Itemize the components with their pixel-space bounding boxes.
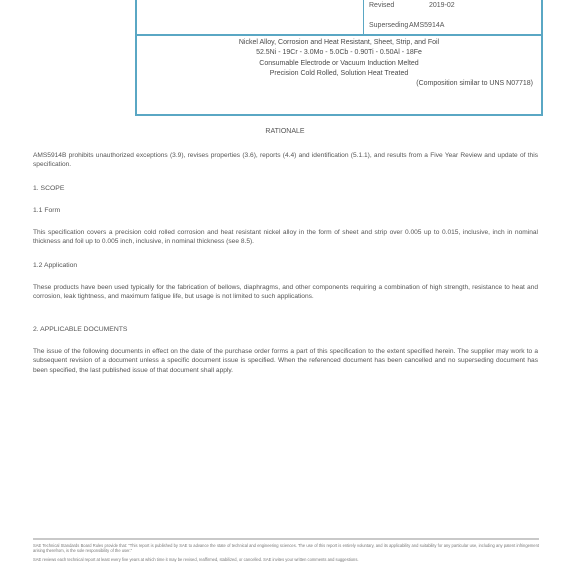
document-title: Nickel Alloy, Corrosion and Heat Resista…	[137, 38, 541, 89]
section-application-heading: 1.2 Application	[33, 262, 77, 269]
rationale-heading: RATIONALE	[0, 128, 570, 135]
footer-line: SAE reviews each technical report at lea…	[33, 557, 539, 562]
revised-date: 2019-02	[429, 2, 455, 9]
revised-label: Revised	[369, 2, 394, 9]
section-form-heading: 1.1 Form	[33, 207, 60, 214]
section-form-text: This specification covers a precision co…	[33, 228, 538, 247]
footer-line: SAE Technical Standards Board Rules prov…	[33, 543, 539, 554]
composition-note: (Composition similar to UNS N07718)	[137, 79, 541, 89]
section-applicable-documents-text: The issue of the following documents in …	[33, 347, 538, 375]
title-line: 52.5Ni - 19Cr - 3.0Mo - 5.0Cb - 0.90Ti -…	[137, 48, 541, 58]
section-scope-heading: 1. SCOPE	[33, 185, 64, 192]
header-column-divider	[363, 0, 364, 36]
section-application-text: These products have been used typically …	[33, 283, 538, 302]
document-header-box: Revised 2019-02 Superseding AMS5914A Nic…	[135, 0, 543, 116]
superseding-label: Superseding	[369, 22, 408, 29]
footer-text: SAE Technical Standards Board Rules prov…	[33, 543, 539, 562]
title-line: Precision Cold Rolled, Solution Heat Tre…	[137, 69, 541, 79]
header-metadata-row: Revised 2019-02 Superseding AMS5914A	[137, 0, 541, 36]
rationale-text: AMS5914B prohibits unauthorized exceptio…	[33, 151, 538, 170]
superseding-value: AMS5914A	[409, 22, 444, 29]
title-line: Consumable Electrode or Vacuum Induction…	[137, 59, 541, 69]
section-applicable-documents-heading: 2. APPLICABLE DOCUMENTS	[33, 326, 127, 333]
footer-rule	[33, 538, 539, 540]
title-line: Nickel Alloy, Corrosion and Heat Resista…	[137, 38, 541, 48]
